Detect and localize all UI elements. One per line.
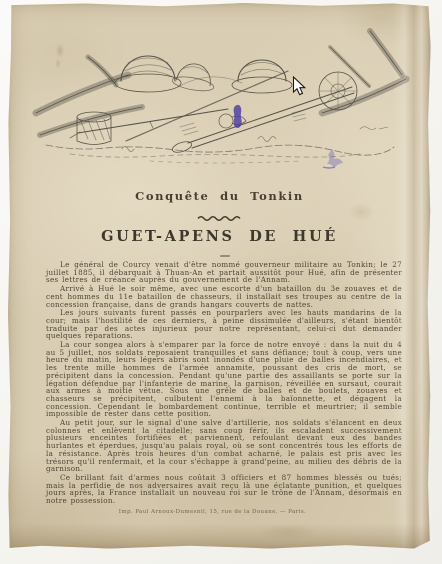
paragraph: Ce brillant fait d'armes nous coûtait 3 … (46, 474, 402, 505)
paragraph: Le général de Courcy venait d'être nommé… (46, 261, 402, 284)
paragraph: Les jours suivants furent passés en pour… (46, 309, 402, 340)
mouse-cursor-icon (292, 76, 307, 97)
title-underscore-mark (220, 255, 230, 257)
ornament-divider (8, 207, 431, 226)
printer-imprint: Imp. Paul Arnoux-Dumesnil, 15, rue de la… (8, 509, 417, 515)
paragraph: La cour songea alors à s'emparer par la … (46, 341, 402, 418)
ink-stain (231, 104, 245, 130)
header-engraving (30, 17, 412, 169)
article-body: Le général de Courcy venait d'être nommé… (46, 261, 402, 506)
paragraph: Arrivé à Hué le soir même, avec une esco… (46, 285, 402, 308)
paragraph: Au petit jour, sur le signal d'une salve… (46, 419, 402, 473)
paper-edge-shadow (8, 523, 431, 549)
ink-smudge (318, 147, 348, 173)
page-title: GUET-APENS DE HUÉ (36, 228, 403, 245)
engraver-signature (360, 127, 388, 130)
pencil-smudge (50, 41, 70, 73)
scanned-page-view: Conquête du Tonkin GUET-APENS DE HUÉ Le … (0, 0, 442, 564)
document-page: Conquête du Tonkin GUET-APENS DE HUÉ Le … (8, 3, 431, 549)
series-title: Conquête du Tonkin (36, 189, 403, 203)
